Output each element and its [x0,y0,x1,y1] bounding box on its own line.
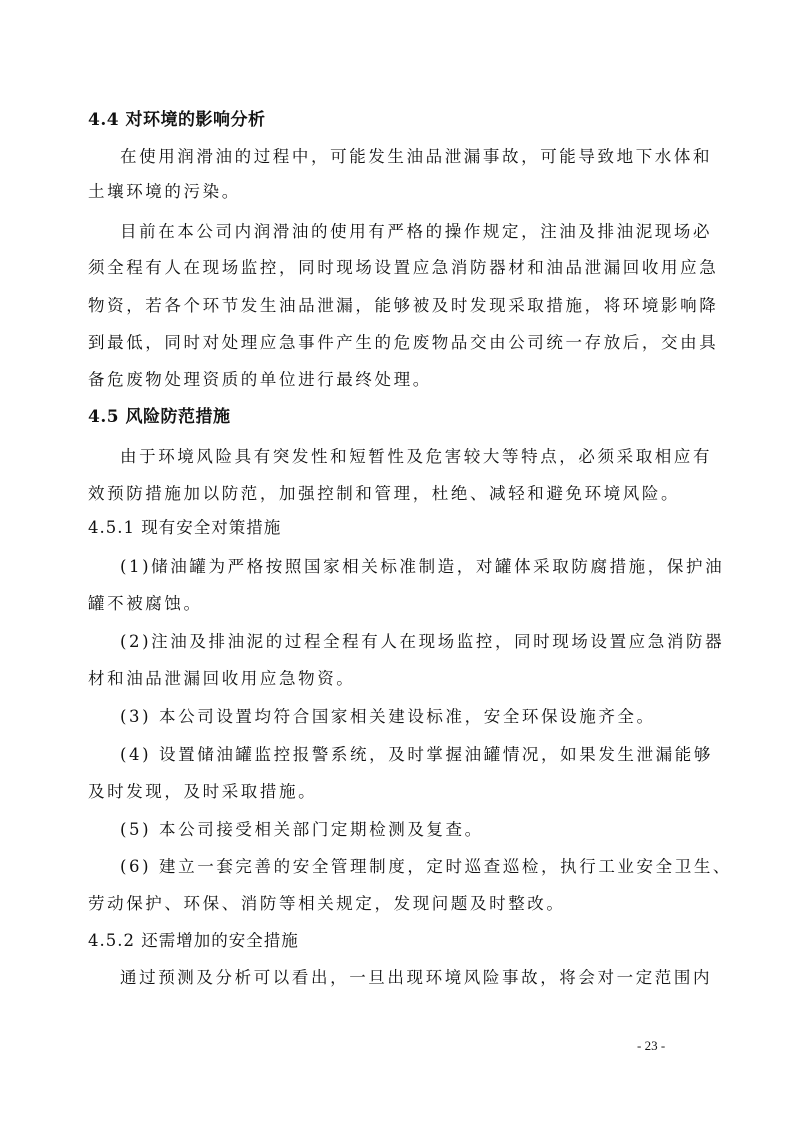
paragraph-line: 土壤环境的污染。 [88,182,241,202]
paragraph-first-line: (2)注油及排油泥的过程全程有人在现场监控，同时现场设置应急消防器 [120,632,724,652]
subsection-heading: 4.5.2 还需增加的安全措施 [88,931,299,951]
subsection-heading: 4.5.1 现有安全对策措施 [88,518,281,538]
paragraph-line: 材和油品泄漏回收用应急物资。 [88,669,355,689]
document-page: 4.4 对环境的影响分析在使用润滑油的过程中，可能发生油品泄漏事故，可能导致地下… [0,0,793,1122]
paragraph-first-line: 目前在本公司内润滑油的使用有严格的操作规定，注油及排油泥现场必 [120,222,712,242]
paragraph-first-line: (4) 设置储油罐监控报警系统，及时掌握油罐情况，如果发生泄漏能够 [120,745,713,765]
paragraph-line: 劳动保护、环保、消防等相关规定，发现问题及时整改。 [88,894,566,914]
paragraph-first-line: (5) 本公司接受相关部门定期检测及复查。 [120,820,484,840]
section-heading: 4.5 风险防范措施 [88,407,231,427]
paragraph-line: 罐不被腐蚀。 [88,594,203,614]
paragraph-first-line: 通过预测及分析可以看出，一旦出现环境风险事故，将会对一定范围内 [120,968,712,988]
section-heading: 4.4 对环境的影响分析 [88,110,266,130]
paragraph-first-line: (6) 建立一套完善的安全管理制度，定时巡查巡检，执行工业安全卫生、 [120,857,732,877]
paragraph-line: 及时发现，及时采取措施。 [88,782,317,802]
paragraph-first-line: (3) 本公司设置均符合国家相关建设标准，安全环保设施齐全。 [120,707,656,727]
paragraph-first-line: 在使用润滑油的过程中，可能发生油品泄漏事故，可能导致地下水体和 [120,147,712,167]
paragraph-line: 到最低，同时对处理应急事件产生的危废物品交由公司统一存放后，交由具 [88,333,718,353]
paragraph-first-line: 由于环境风险具有突发性和短暂性及危害较大等特点，必须采取相应有 [120,447,712,467]
paragraph-line: 效预防措施加以防范，加强控制和管理，杜绝、减轻和避免环境风险。 [88,484,680,504]
paragraph-line: 物资，若各个环节发生油品泄漏，能够被及时发现采取措施，将环境影响降 [88,296,718,316]
paragraph-first-line: (1)储油罐为严格按照国家相关标准制造，对罐体采取防腐措施，保护油 [120,557,724,577]
paragraph-line: 须全程有人在现场监控，同时现场设置应急消防器材和油品泄漏回收用应急 [88,258,718,278]
page-number: - 23 - [637,1038,665,1054]
paragraph-line: 备危废物处理资质的单位进行最终处理。 [88,370,432,390]
